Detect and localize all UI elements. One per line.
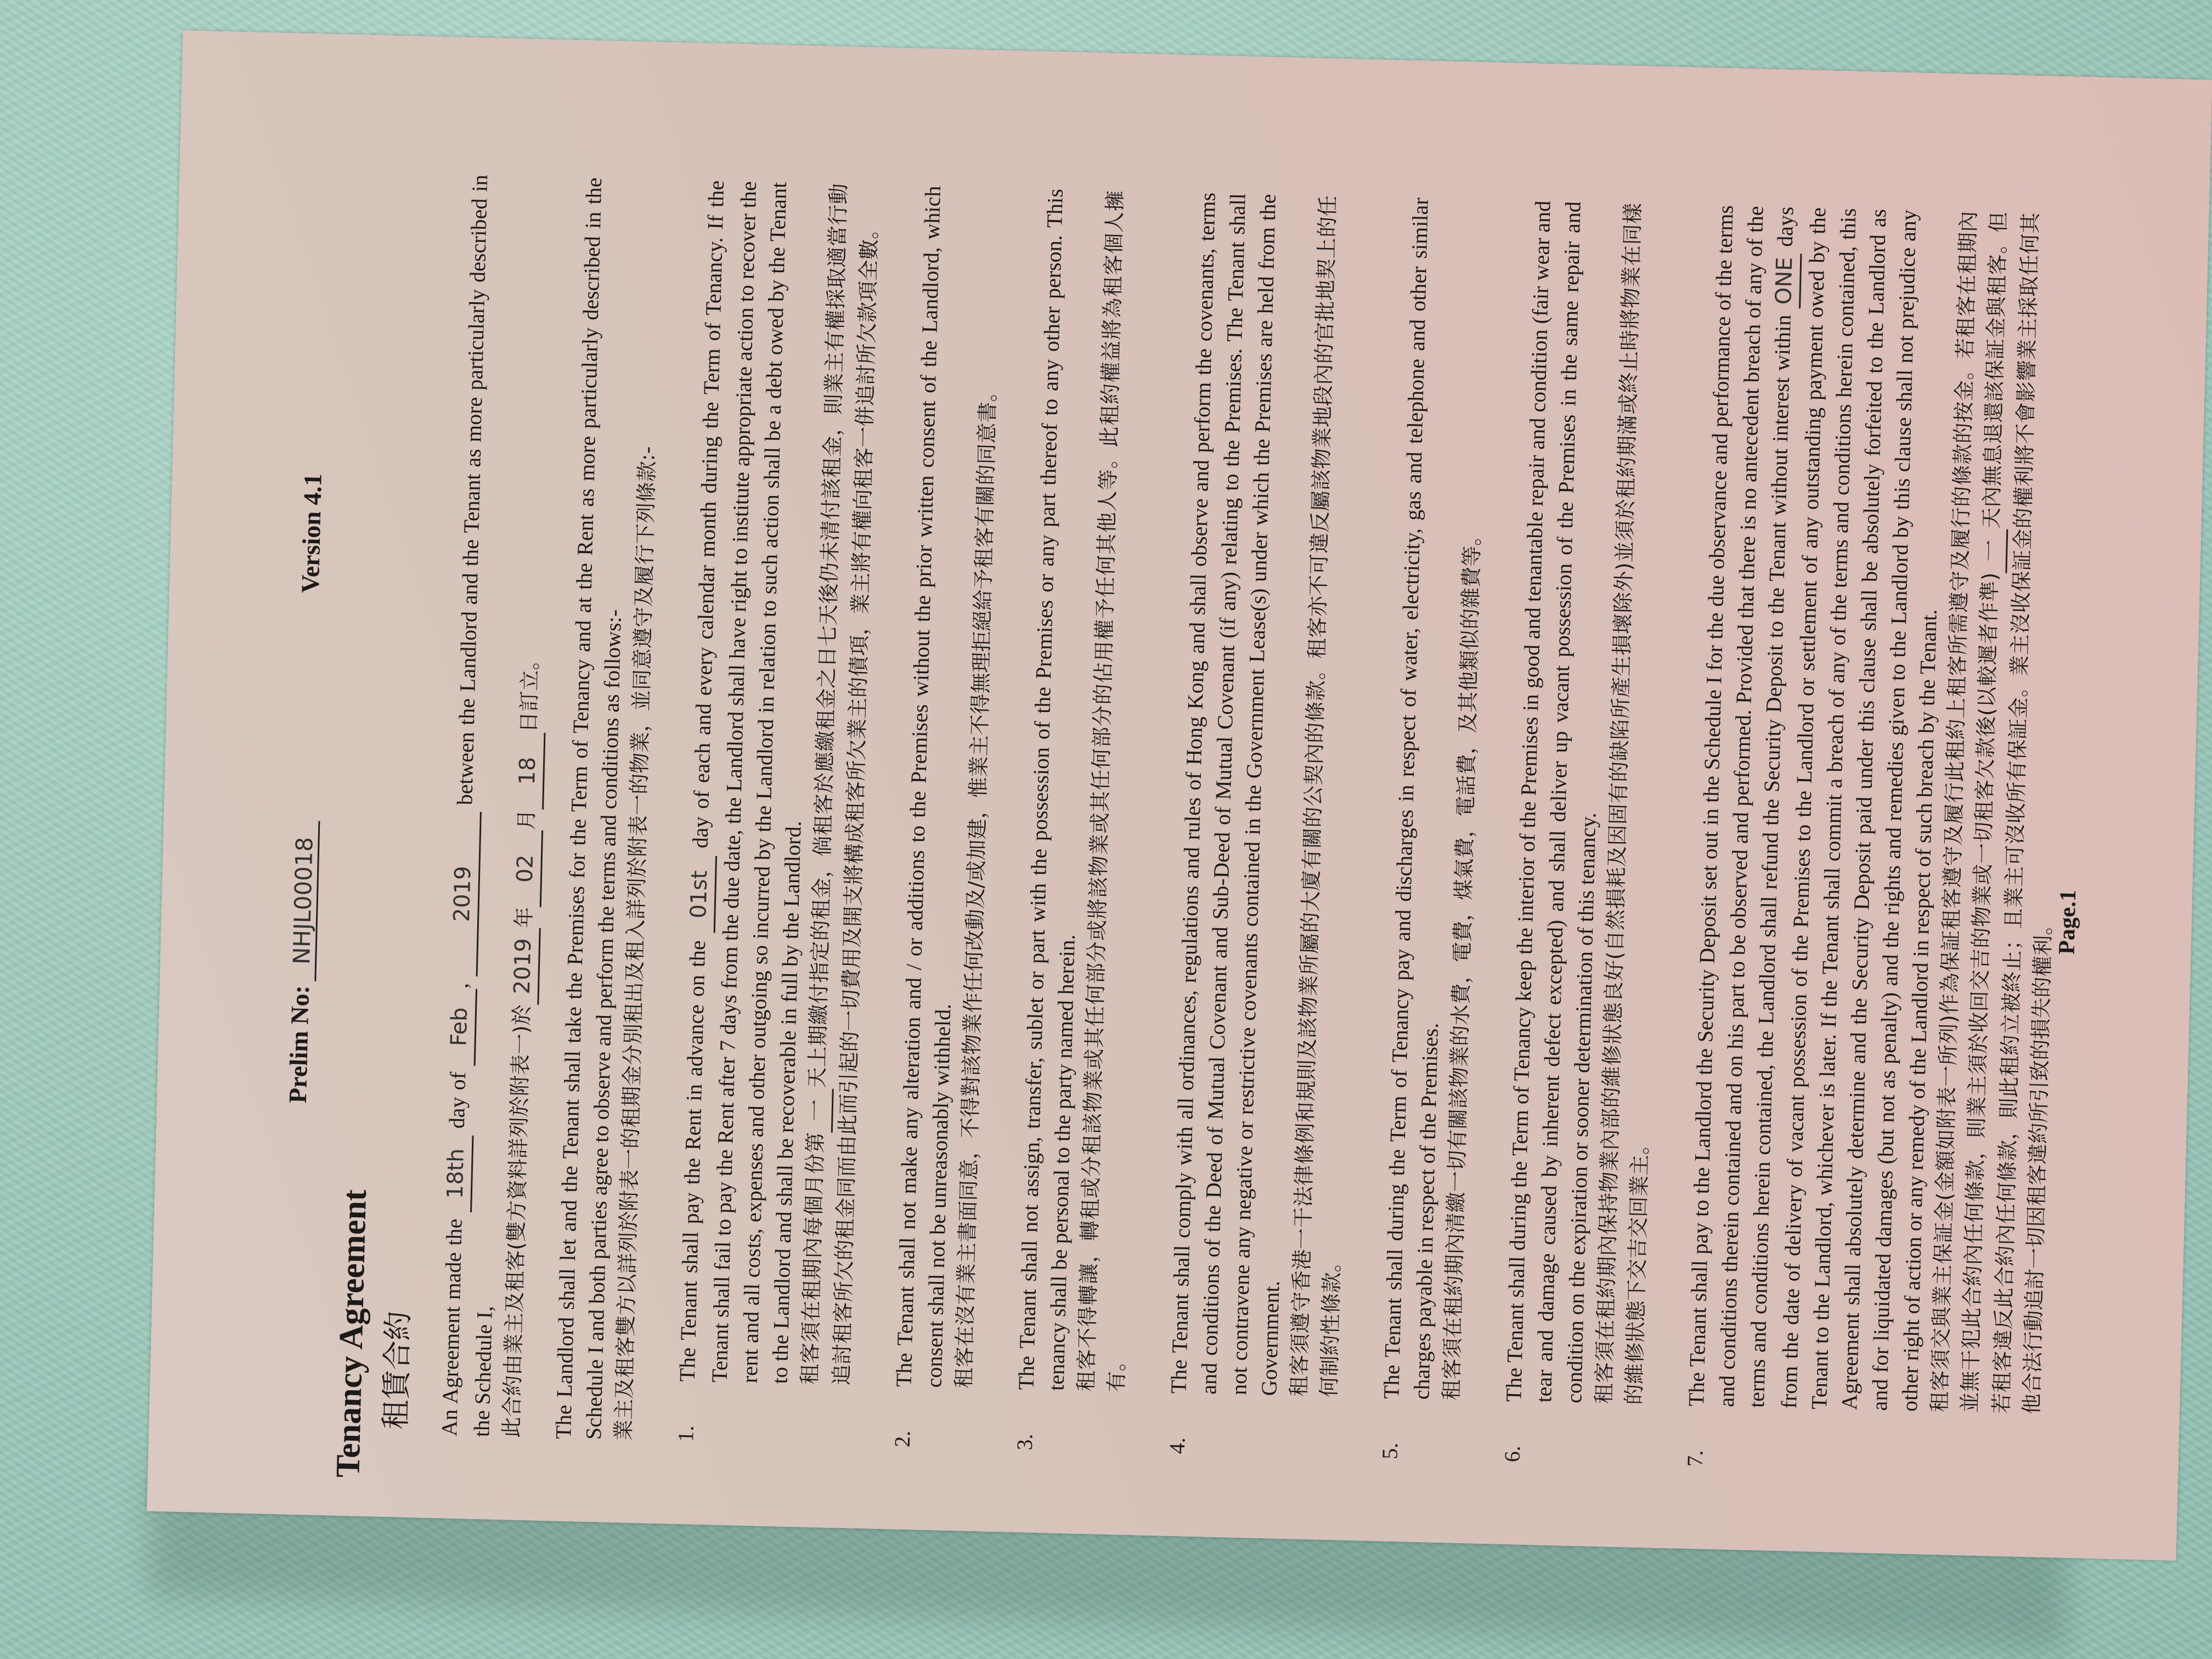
clause-number: 1. (670, 1381, 857, 1446)
zh-year-field: 2019 (507, 928, 540, 1005)
document-photo: Prelim No:NHJL00018 Version 4.1 Tenancy … (137, 44, 2212, 1547)
clause-zh: 租客須交與業主保証金(金額如附表一所列)作為保証租客遵守及履行此租約上租客所需遵… (1925, 211, 2076, 1415)
clause-7: 7. The Tenant shall pay to the Landlord … (1679, 205, 2076, 1475)
intro-text: An Agreement made the (437, 1218, 467, 1436)
clause-text: days from the date of delivery of vacant… (1773, 206, 1942, 1412)
intro-zh-text: 日訂立。 (516, 649, 543, 733)
intro-zh-text: 月 (514, 809, 539, 831)
zh-day-field: 18 (512, 732, 545, 810)
clause-5: 5. The Tenant shall during the Term of T… (1375, 198, 1496, 1461)
clause-3: 3. The Tenant shall not assign, transfer… (1009, 188, 1161, 1453)
refund-days-zh-field: 一 (1975, 528, 2008, 573)
prelim-label: Prelim No: (284, 985, 314, 1103)
month-field: Feb (444, 988, 477, 1065)
prelim-value: NHJL00018 (287, 820, 320, 981)
intro-text: , (448, 983, 472, 989)
intro-zh-text: 年 (512, 907, 537, 928)
refund-days-field: ONE (1769, 253, 1802, 308)
clause-4: 4. The Tenant shall comply with all ordi… (1162, 192, 1374, 1458)
intro-zh: 此合約由業主及租客(雙方資料詳列於附表一)於2019年02月18日訂立。 (496, 176, 559, 1438)
day-field: 18th (440, 1135, 473, 1212)
clause-1: 1. The Tenant shall pay the Rent in adva… (670, 180, 886, 1446)
tenancy-agreement-page: Prelim No:NHJL00018 Version 4.1 Tenancy … (147, 30, 2212, 1561)
clause-zh-text: 租客須在租期內每個月份第 (798, 1132, 828, 1385)
rent-day-zh-field: 一 (801, 1088, 834, 1132)
rent-day-field: 01st (684, 856, 717, 933)
preamble-paragraph: The Landlord shall let and the Tenant sh… (548, 177, 669, 1441)
clause-number: 3. (1009, 1390, 1132, 1453)
clause-text: The Tenant shall pay to the Landlord the… (1684, 205, 1796, 1408)
intro-paragraph: An Agreement made the 18th day of Feb, 2… (434, 174, 559, 1438)
clause-zh: 租客須在租期內每個月份第一天上期繳付指定的租金，倘租客於應繳租金之日七天後仍未清… (795, 183, 886, 1386)
clause-number: 5. (1375, 1398, 1467, 1461)
clause-text: The Tenant shall pay the Rent in advance… (675, 940, 710, 1382)
clause-list: 1. The Tenant shall pay the Rent in adva… (670, 180, 2076, 1475)
clause-number: 4. (1162, 1393, 1345, 1458)
clause-text: day of each and every calendar month dur… (687, 180, 805, 1384)
year-field: 2019 (446, 811, 482, 977)
clause-6: 6. The Tenant shall during the Term of T… (1497, 200, 1679, 1465)
page-number: Page.1 (2053, 889, 2081, 955)
clause-2: 2. The Tenant shall not make any alterat… (887, 185, 1008, 1449)
clause-number: 2. (887, 1386, 979, 1449)
clause-number: 6. (1497, 1402, 1650, 1466)
version-label: Version 4.1 (296, 473, 328, 593)
intro-zh-text: 此合約由業主及租客(雙方資料詳列於附表一)於 (499, 1005, 534, 1438)
zh-month-field: 02 (510, 830, 543, 907)
intro-text: day of (444, 1071, 471, 1128)
prelim-number: Prelim No:NHJL00018 (283, 820, 319, 1104)
clause-number: 7. (1679, 1406, 2046, 1475)
